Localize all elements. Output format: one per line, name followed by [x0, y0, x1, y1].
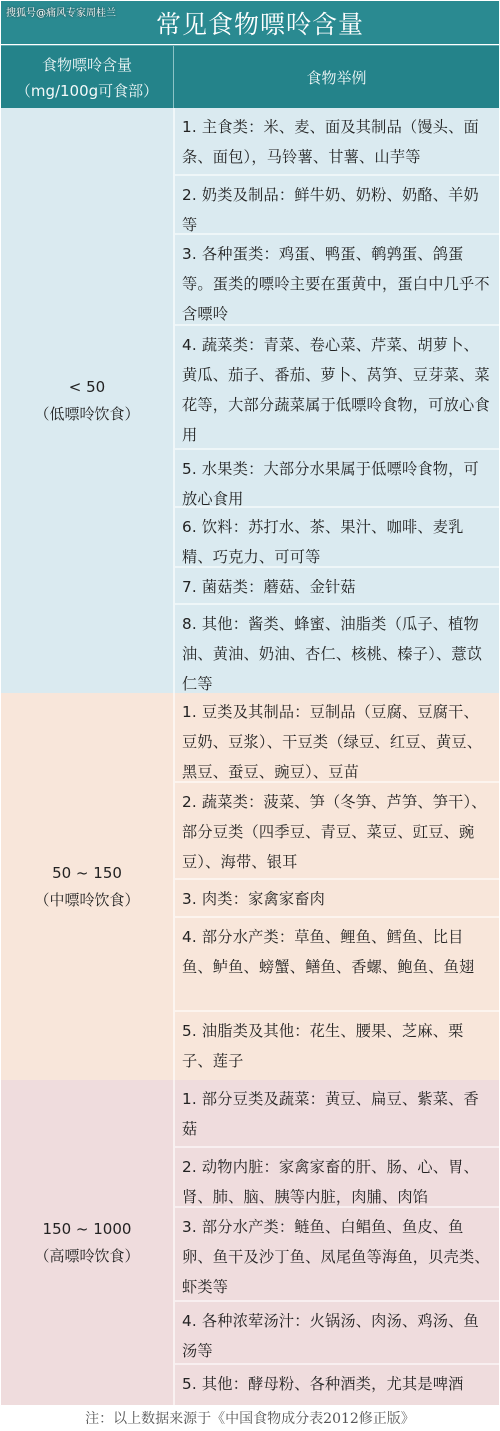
food-row: 4. 部分水产类：草鱼、鲤鱼、鳕鱼、比目鱼、鲈鱼、螃蟹、鳝鱼、香螺、鲍鱼、鱼翅 — [175, 918, 499, 1012]
section-high-purine: 150 ~ 1000 （高嘌呤饮食） 1. 部分豆类及蔬菜：黄豆、扁豆、紫菜、香… — [1, 1080, 499, 1405]
food-row: 2. 奶类及制品：鲜牛奶、奶粉、奶酪、羊奶等 — [175, 176, 499, 235]
header-purine-content: 食物嘌呤含量 （mg/100g可食部） — [1, 46, 174, 109]
level-label: （中嘌呤饮食） — [34, 887, 139, 914]
header-purine-content-unit: （mg/100g可食部） — [16, 78, 158, 104]
level-cell-high: 150 ~ 1000 （高嘌呤饮食） — [1, 1080, 175, 1405]
food-row: 1. 主食类：米、麦、面及其制品（馒头、面条、面包），马铃薯、甘薯、山芋等 — [175, 108, 499, 176]
header-food-examples-label: 食物举例 — [306, 67, 366, 88]
table-header: 食物嘌呤含量 （mg/100g可食部） 食物举例 — [1, 45, 499, 109]
page-title: 常见食物嘌呤含量 — [136, 5, 364, 41]
level-cell-low: < 50 （低嘌呤饮食） — [1, 108, 175, 693]
food-list-medium: 1. 豆类及其制品：豆制品（豆腐、豆腐干、豆奶、豆浆）、干豆类（绿豆、红豆、黄豆… — [175, 693, 499, 1080]
header-food-examples: 食物举例 — [174, 46, 499, 109]
food-row: 6. 饮料：苏打水、茶、果汁、咖啡、麦乳精、巧克力、可可等 — [175, 508, 499, 568]
source-note: 注：以上数据来源于《中国食物成分表2012修正版》 — [0, 1405, 500, 1431]
level-cell-medium: 50 ~ 150 （中嘌呤饮食） — [1, 693, 175, 1080]
food-row: 4. 各种浓荤汤汁：火锅汤、肉汤、鸡汤、鱼汤等 — [175, 1302, 499, 1365]
food-row: 5. 水果类：大部分水果属于低嘌呤食物，可放心食用 — [175, 450, 499, 508]
level-range: 150 ~ 1000 — [43, 1216, 132, 1243]
food-row: 2. 动物内脏：家禽家畜的肝、肠、心、胃、肾、肺、脑、胰等内脏，肉脯、肉馅 — [175, 1148, 499, 1208]
level-range: < 50 — [69, 374, 105, 401]
level-label: （低嘌呤饮食） — [34, 401, 139, 428]
food-row: 3. 肉类：家禽家畜肉 — [175, 880, 499, 918]
watermark: 搜狐号@痛风专家周桂兰 — [6, 4, 116, 19]
food-row: 5. 其他：酵母粉、各种酒类，尤其是啤酒 — [175, 1365, 499, 1405]
food-row: 8. 其他：酱类、蜂蜜、油脂类（瓜子、植物油、黄油、奶油、杏仁、核桃、榛子）、薏… — [175, 605, 499, 693]
food-list-low: 1. 主食类：米、麦、面及其制品（馒头、面条、面包），马铃薯、甘薯、山芋等 2.… — [175, 108, 499, 693]
section-low-purine: < 50 （低嘌呤饮食） 1. 主食类：米、麦、面及其制品（馒头、面条、面包），… — [1, 108, 499, 693]
food-row: 5. 油脂类及其他：花生、腰果、芝麻、栗子、莲子 — [175, 1012, 499, 1080]
food-row: 3. 各种蛋类：鸡蛋、鸭蛋、鹌鹑蛋、鸽蛋等。蛋类的嘌呤主要在蛋黄中，蛋白中几乎不… — [175, 235, 499, 326]
level-range: 50 ~ 150 — [52, 860, 122, 887]
food-list-high: 1. 部分豆类及蔬菜：黄豆、扁豆、紫菜、香菇 2. 动物内脏：家禽家畜的肝、肠、… — [175, 1080, 499, 1405]
level-label: （高嘌呤饮食） — [34, 1243, 139, 1270]
source-note-text: 注：以上数据来源于《中国食物成分表2012修正版》 — [85, 1408, 415, 1428]
purine-content-table-page: 常见食物嘌呤含量 搜狐号@痛风专家周桂兰 食物嘌呤含量 （mg/100g可食部）… — [0, 0, 500, 1431]
food-row: 4. 蔬菜类：青菜、卷心菜、芹菜、胡萝卜、黄瓜、茄子、番茄、萝卜、莴笋、豆芽菜、… — [175, 326, 499, 450]
food-row: 3. 部分水产类：鲢鱼、白鲳鱼、鱼皮、鱼卵、鱼干及沙丁鱼、凤尾鱼等海鱼，贝壳类、… — [175, 1208, 499, 1302]
food-row: 1. 豆类及其制品：豆制品（豆腐、豆腐干、豆奶、豆浆）、干豆类（绿豆、红豆、黄豆… — [175, 693, 499, 783]
header-purine-content-label: 食物嘌呤含量 — [42, 52, 132, 78]
section-medium-purine: 50 ~ 150 （中嘌呤饮食） 1. 豆类及其制品：豆制品（豆腐、豆腐干、豆奶… — [1, 693, 499, 1080]
food-row: 1. 部分豆类及蔬菜：黄豆、扁豆、紫菜、香菇 — [175, 1080, 499, 1148]
food-row: 2. 蔬菜类：菠菜、笋（冬笋、芦笋、笋干）、部分豆类（四季豆、青豆、菜豆、豇豆、… — [175, 783, 499, 880]
food-row: 7. 菌菇类：蘑菇、金针菇 — [175, 568, 499, 605]
